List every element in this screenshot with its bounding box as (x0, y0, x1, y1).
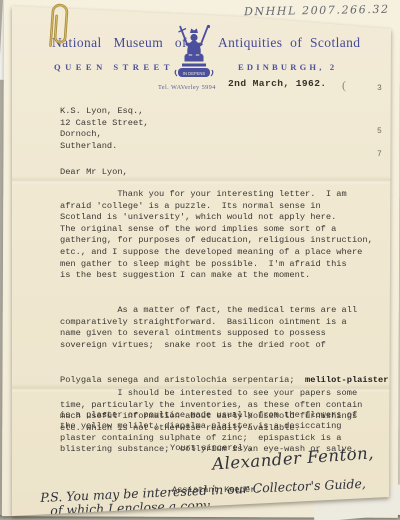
typed-line: gathering, for purposes of education, re… (60, 235, 373, 247)
typed-line: I should be interested to see your paper… (60, 388, 362, 400)
typed-line: etc. which is not otherwise readily avai… (60, 423, 362, 435)
letter-shadow-wrap: National Museum of IN (6, 0, 388, 519)
street-address: QUEEN STREET (54, 62, 174, 72)
typed-line: Scotland is 'university', which would no… (60, 212, 373, 224)
paragraph-1: Thank you for your interesting letter. I… (60, 189, 373, 282)
edge-fragment: 3 (377, 84, 382, 93)
org-name-right: Antiquities of Scotland (218, 35, 360, 51)
paragraph-3: I should be interested to see your paper… (60, 388, 362, 434)
typed-line: men gather to sleep might be possible. I… (60, 259, 373, 271)
museum-crest-icon: IN DEFENS (172, 24, 216, 80)
typed-line: etc., and I suppose the developed meanin… (60, 247, 373, 259)
paragraph-2-part-a: As a matter of fact, the medical terms a… (60, 305, 388, 351)
typed-line: time, particularly the inventories, as t… (60, 400, 362, 412)
emphasis-line-pre: Polygala senega and aristolochia serpent… (60, 375, 305, 385)
typed-line: afraid 'college' is a puzzle. Its normal… (60, 201, 373, 213)
city-address: EDINBURGH, 2 (238, 62, 337, 72)
typed-line: name given to several ointments supposed… (60, 328, 388, 340)
recipient-address-block: K.S. Lyon, Esq.,12 Castle Street,Dornoch… (60, 105, 149, 151)
letter-page: National Museum of IN (12, 0, 394, 519)
typed-line: Dornoch, (60, 128, 149, 140)
typed-line: The original sense of the word implies s… (60, 224, 373, 236)
paperclip-icon (40, 0, 75, 50)
emphasis-line-bold: melilot-plaister (305, 375, 388, 385)
accession-number-handwritten: DNHHL 2007.266.32 (244, 3, 390, 19)
typed-line: sovereign virtues; snake root is the dri… (60, 340, 388, 352)
typed-line: 12 Castle Street, (60, 117, 149, 129)
typed-line: Thank you for your interesting letter. I… (60, 189, 373, 201)
salutation: Dear Mr Lyon, (60, 167, 128, 179)
typed-line: K.S. Lyon, Esq., (60, 105, 149, 117)
letter-date: 2nd March, 1962. (228, 78, 327, 89)
typed-line: comparatively straightforward. Basilicon… (60, 317, 388, 329)
typed-line: Sutherland. (60, 140, 149, 152)
edge-fragment: 5 (377, 127, 382, 136)
edge-fragment: 7 (377, 150, 382, 159)
typed-line: is the best suggestion I can make at the… (60, 270, 373, 282)
crest-motto: IN DEFENS (183, 71, 206, 76)
stray-pen-mark: ( (342, 78, 346, 93)
scanned-letter-photo: DNHHL 2007.266.32 3 5 7 National Museum … (0, 0, 400, 520)
typed-line: As a matter of fact, the medical terms a… (60, 305, 388, 317)
typed-line: much useful information about early hous… (60, 411, 362, 423)
paragraph-2-emphasis-line: Polygala senega and aristolochia serpent… (60, 375, 388, 387)
telephone-line: Tel. WAVerley 5994 (158, 84, 216, 91)
